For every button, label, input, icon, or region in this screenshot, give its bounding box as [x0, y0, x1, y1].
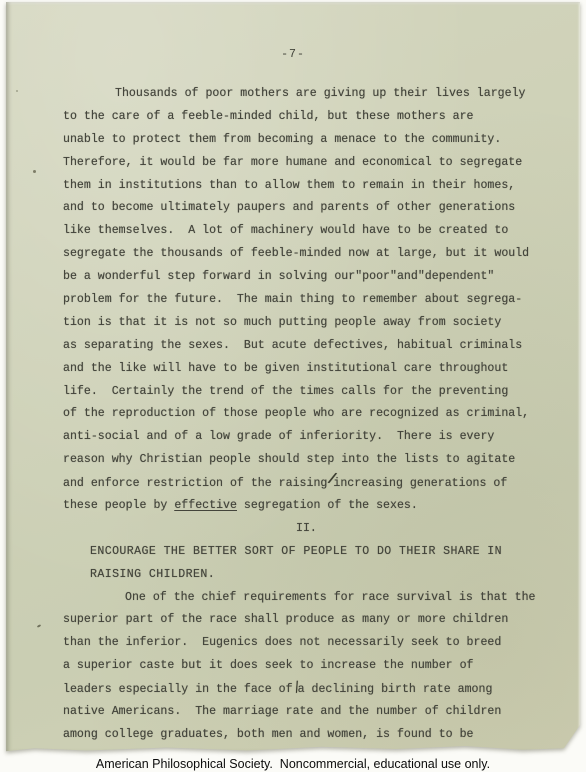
typed-line-with-handwritten-insertion: and enforce restriction of the raising/i… [63, 475, 570, 498]
typed-segment: and enforce restriction of the raising [63, 477, 327, 490]
typed-text-block: Thousands of poor mothers are giving up … [63, 86, 570, 750]
typed-segment: increasing generations of [333, 477, 507, 490]
typed-segment: a declining birth rate among [298, 683, 493, 696]
typed-segment: segregation of the sexes. [237, 499, 418, 512]
typed-line: Therefore, it would be far more humane a… [63, 155, 570, 178]
typed-line: segregate the thousands of feeble-minded… [63, 246, 570, 269]
underlined-word: effective [174, 499, 237, 512]
typed-line: Thousands of poor mothers are giving up … [63, 86, 570, 109]
typed-line: to the care of a feeble-minded child, bu… [63, 109, 570, 132]
typed-line: problem for the future. The main thing t… [63, 292, 570, 315]
section-heading-line: RAISING CHILDREN. [63, 567, 570, 590]
handwritten-insertion-mark: | [292, 679, 298, 694]
typed-line: superior part of the race shall produce … [63, 612, 570, 635]
typed-line: as separating the sexes. But acute defec… [63, 338, 570, 361]
typed-line: tion is that it is not so much putting p… [63, 315, 570, 338]
typed-line: life. Certainly the trend of the times c… [63, 384, 570, 407]
typed-line-with-handwritten-insertion: leaders especially in the face of|a decl… [63, 681, 570, 704]
section-number: II. [63, 521, 570, 544]
typed-line: be a wonderful step forward in solving o… [63, 269, 570, 292]
paper-sheet: -7- Thousands of poor mothers are giving… [6, 2, 580, 752]
typed-line: reason why Christian people should step … [63, 452, 570, 475]
typed-line: like themselves. A lot of machinery woul… [63, 223, 570, 246]
attribution-footer: American Philosophical Society. Noncomme… [0, 757, 586, 771]
typed-line: and the like will have to be given insti… [63, 361, 570, 384]
handwritten-insertion-mark: / [327, 472, 336, 488]
typed-line-with-underline: these people by effective segregation of… [63, 498, 570, 521]
typed-segment: these people by [63, 499, 174, 512]
typed-line: of the reproduction of those people who … [63, 406, 570, 429]
section-heading-line: ENCOURAGE THE BETTER SORT OF PEOPLE TO D… [63, 544, 570, 567]
typed-line: unable to protect them from becoming a m… [63, 132, 570, 155]
typed-line: them in institutions than to allow them … [63, 178, 570, 201]
page-number: -7- [6, 48, 580, 61]
typed-line: and to become ultimately paupers and par… [63, 200, 570, 223]
typed-line: anti-social and of a low grade of inferi… [63, 429, 570, 452]
paper-speck [37, 624, 41, 628]
scanned-document-page: -7- Thousands of poor mothers are giving… [6, 2, 580, 752]
typed-line: among college graduates, both men and wo… [63, 727, 570, 750]
typed-line: than the inferior. Eugenics does not nec… [63, 635, 570, 658]
typed-segment: leaders especially in the face of [63, 683, 293, 696]
typed-line: a superior caste but it does seek to inc… [63, 658, 570, 681]
typed-line: native Americans. The marriage rate and … [63, 704, 570, 727]
paper-speck [33, 170, 36, 173]
typed-line: One of the chief requirements for race s… [63, 590, 570, 613]
paper-speck [16, 90, 18, 92]
